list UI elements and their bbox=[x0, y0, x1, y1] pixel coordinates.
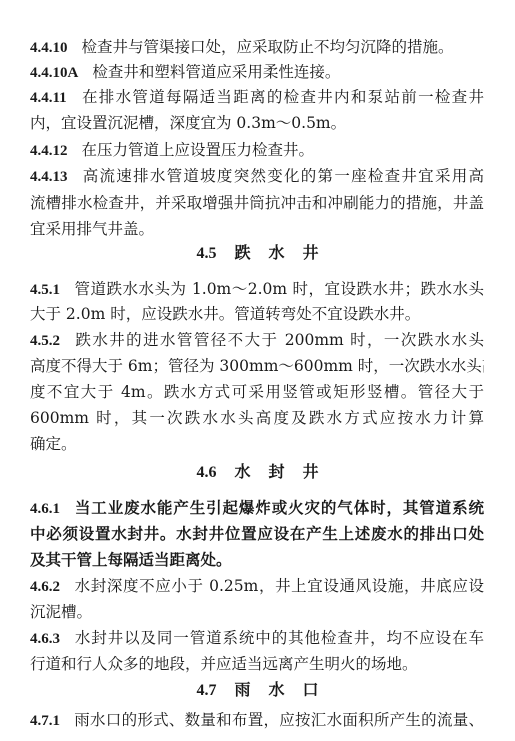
clause-4-4-10: 4.4.10检查井与管渠接口处，应采取防止不均匀沉降的措施。 bbox=[30, 34, 484, 60]
clause-4-4-13-cont: 流槽排水检查井，并采取增强井筒抗冲击和冲刷能力的措施，井盖 bbox=[30, 190, 484, 216]
clause-text: 中必须设置水封井。水封井位置应设在产生上述废水的排出口处 bbox=[30, 524, 484, 543]
clause-4-4-11-cont: 内，宜设置沉泥槽，深度宜为 0.3m～0.5m。 bbox=[30, 110, 484, 136]
clause-4-6-3: 4.6.3水封井以及同一管道系统中的其他检查井，均不应设在车 bbox=[30, 625, 484, 651]
clause-number: 4.7.1 bbox=[30, 713, 60, 729]
clause-text: 行道和行人众多的地段，并应适当远离产生明火的场地。 bbox=[30, 655, 418, 673]
clause-4-6-3-cont: 行道和行人众多的地段，并应适当远离产生明火的场地。 bbox=[30, 651, 484, 677]
clause-text: 雨水口的形式、数量和布置，应按汇水面积所产生的流量、 bbox=[74, 711, 484, 729]
clause-4-7-1: 4.7.1雨水口的形式、数量和布置，应按汇水面积所产生的流量、 bbox=[30, 707, 484, 733]
clause-text: 检查井与管渠接口处，应采取防止不均匀沉降的措施。 bbox=[82, 38, 454, 56]
clause-text: 内，宜设置沉泥槽，深度宜为 0.3m～0.5m。 bbox=[30, 114, 346, 132]
clause-number: 4.6.3 bbox=[30, 631, 60, 647]
clause-text: 水封深度不应小于 0.25m，井上宜设通风设施，井底应设 bbox=[74, 577, 484, 595]
clause-text: 高度不得大于 6m；管径为 300mm～600mm 时，一次跌水水头高 bbox=[30, 357, 484, 375]
clause-4-6-1-cont: 中必须设置水封井。水封井位置应设在产生上述废水的排出口处 bbox=[30, 521, 484, 547]
clause-4-5-2-cont: 600mm 时，其一次跌水水头高度及跌水方式应按水力计算 bbox=[30, 405, 484, 431]
clause-text: 宜采用排气井盖。 bbox=[30, 220, 154, 238]
clause-4-5-1-cont: 大于 2.0m 时，应设跌水井。管道转弯处不宜设跌水井。 bbox=[30, 301, 484, 327]
clause-text: 600mm 时，其一次跌水水头高度及跌水方式应按水力计算 bbox=[30, 409, 484, 427]
clause-4-5-2-cont: 确定。 bbox=[30, 431, 484, 457]
section-heading-4-6: 4.6水封井 bbox=[0, 459, 515, 485]
clause-number: 4.4.13 bbox=[30, 169, 68, 185]
clause-4-6-1-cont: 及其干管上每隔适当距离处。 bbox=[30, 547, 484, 573]
clause-4-4-10A: 4.4.10A检查井和塑料管道应采用柔性连接。 bbox=[30, 59, 484, 85]
clause-number: 4.5.2 bbox=[30, 333, 60, 349]
clause-number: 4.5.1 bbox=[30, 282, 60, 298]
clause-text: 高流速排水管道坡度突然变化的第一座检查井宜采用高 bbox=[82, 167, 485, 185]
clause-text: 在排水管道每隔适当距离的检查井内和泵站前一检查井 bbox=[81, 88, 484, 106]
clause-text: 确定。 bbox=[30, 435, 77, 453]
section-title: 跌水井 bbox=[234, 243, 336, 262]
clause-text: 检查井和塑料管道应采用柔性连接。 bbox=[92, 63, 340, 81]
clause-4-5-2: 4.5.2跌水井的进水管管径不大于 200mm 时，一次跌水水头 bbox=[30, 327, 484, 353]
clause-number: 4.6.2 bbox=[30, 579, 60, 595]
clause-number: 4.4.11 bbox=[30, 90, 67, 106]
section-title: 雨水口 bbox=[234, 680, 336, 699]
clause-4-6-2-cont: 沉泥槽。 bbox=[30, 599, 484, 625]
section-heading-4-7: 4.7雨水口 bbox=[0, 677, 515, 703]
clause-4-5-1: 4.5.1管道跌水水头为 1.0m～2.0m 时，宜设跌水井；跌水水头 bbox=[30, 276, 484, 302]
clause-text: 当工业废水能产生引起爆炸或火灾的气体时，其管道系统 bbox=[74, 498, 484, 517]
clause-text: 管道跌水水头为 1.0m～2.0m 时，宜设跌水井；跌水水头 bbox=[74, 280, 484, 298]
clause-number: 4.4.10 bbox=[30, 40, 68, 56]
section-number: 4.7 bbox=[196, 682, 216, 699]
section-number: 4.6 bbox=[196, 464, 216, 481]
clause-4-4-13-cont: 宜采用排气井盖。 bbox=[30, 216, 484, 242]
clause-text: 及其干管上每隔适当距离处。 bbox=[30, 550, 232, 569]
clause-text: 度不宜大于 4m。跌水方式可采用竖管或矩形竖槽。管径大于 bbox=[30, 383, 484, 401]
clause-4-4-11: 4.4.11在排水管道每隔适当距离的检查井内和泵站前一检查井 bbox=[30, 84, 484, 110]
clause-4-6-2: 4.6.2水封深度不应小于 0.25m，井上宜设通风设施，井底应设 bbox=[30, 573, 484, 599]
clause-number: 4.4.10A bbox=[30, 65, 78, 81]
clause-text: 跌水井的进水管管径不大于 200mm 时，一次跌水水头 bbox=[74, 331, 484, 349]
section-heading-4-5: 4.5跌水井 bbox=[0, 240, 515, 266]
clause-text: 水封井以及同一管道系统中的其他检查井，均不应设在车 bbox=[74, 629, 484, 647]
section-number: 4.5 bbox=[196, 245, 216, 262]
clause-number: 4.6.1 bbox=[30, 501, 60, 517]
clause-4-5-2-cont: 度不宜大于 4m。跌水方式可采用竖管或矩形竖槽。管径大于 bbox=[30, 379, 484, 405]
clause-4-4-12: 4.4.12在压力管道上应设置压力检查井。 bbox=[30, 137, 484, 163]
clause-text: 在压力管道上应设置压力检查井。 bbox=[82, 141, 315, 159]
clause-text: 流槽排水检查井，并采取增强井筒抗冲击和冲刷能力的措施，井盖 bbox=[30, 194, 484, 212]
section-title: 水封井 bbox=[234, 462, 336, 481]
clause-number: 4.4.12 bbox=[30, 143, 68, 159]
clause-4-4-13: 4.4.13高流速排水管道坡度突然变化的第一座检查井宜采用高 bbox=[30, 163, 484, 189]
clause-text: 沉泥槽。 bbox=[30, 603, 92, 621]
clause-4-5-2-cont: 高度不得大于 6m；管径为 300mm～600mm 时，一次跌水水头高 bbox=[30, 353, 484, 379]
clause-text: 大于 2.0m 时，应设跌水井。管道转弯处不宜设跌水井。 bbox=[30, 305, 420, 323]
clause-4-6-1: 4.6.1当工业废水能产生引起爆炸或火灾的气体时，其管道系统 bbox=[30, 495, 484, 521]
